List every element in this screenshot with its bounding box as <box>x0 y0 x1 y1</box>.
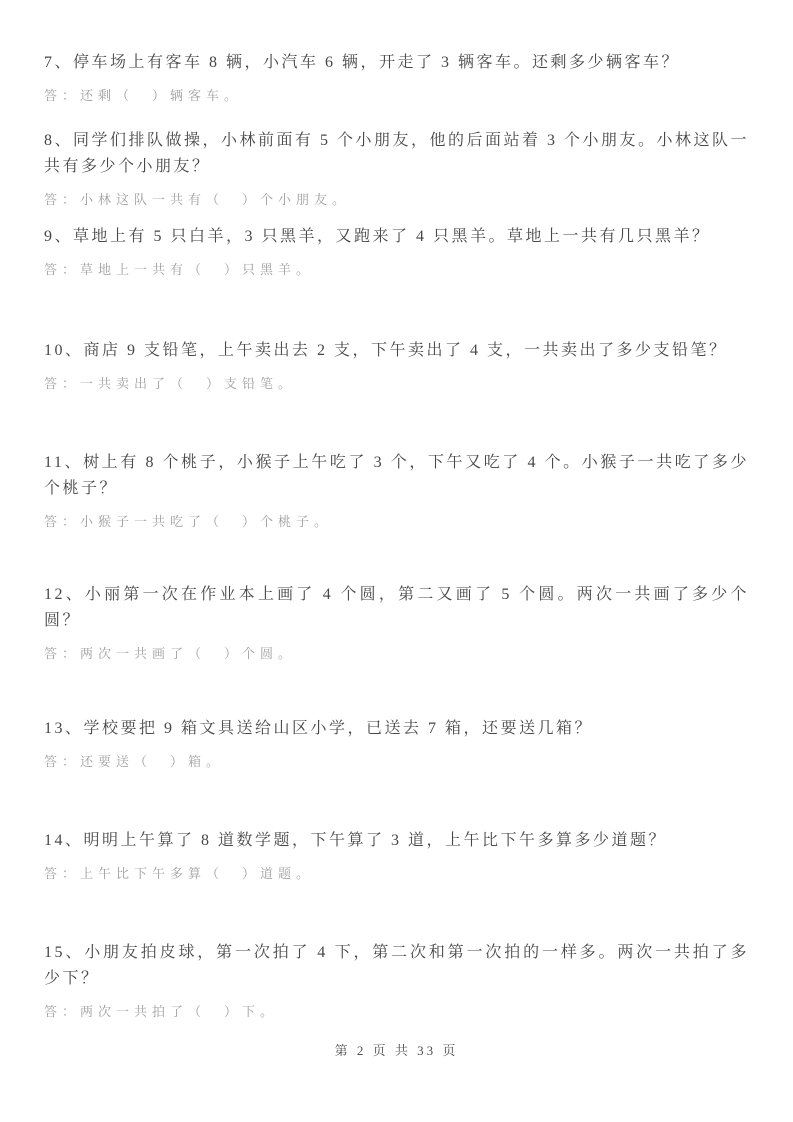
problem-item-8: 8、同学们排队做操，小林前面有 5 个小朋友，他的后面站着 3 个小朋友。小林这… <box>44 128 749 210</box>
problem-question: 9、草地上有 5 只白羊，3 只黑羊，又跑来了 4 只黑羊。草地上一共有几只黑羊… <box>44 224 749 250</box>
problem-question: 8、同学们排队做操，小林前面有 5 个小朋友，他的后面站着 3 个小朋友。小林这… <box>44 128 749 180</box>
page-number-text: 第 2 页 共 33 页 <box>335 1043 459 1058</box>
problem-item-13: 13、学校要把 9 箱文具送给山区小学，已送去 7 箱，还要送几箱？ 答：还要送… <box>44 716 749 772</box>
problem-item-12: 12、小丽第一次在作业本上画了 4 个圆，第二又画了 5 个圆。两次一共画了多少… <box>44 582 749 664</box>
problem-item-11: 11、树上有 8 个桃子，小猴子上午吃了 3 个，下午又吃了 4 个。小猴子一共… <box>44 450 749 532</box>
problem-question: 11、树上有 8 个桃子，小猴子上午吃了 3 个，下午又吃了 4 个。小猴子一共… <box>44 450 749 502</box>
problem-item-7: 7、停车场上有客车 8 辆，小汽车 6 辆，开走了 3 辆客车。还剩多少辆客车？… <box>44 50 749 106</box>
problem-answer-line: 答：两次一共拍了（ ）下。 <box>44 1002 749 1022</box>
problem-answer-line: 答：还要送（ ）箱。 <box>44 752 749 772</box>
problem-question: 15、小朋友拍皮球，第一次拍了 4 下，第二次和第一次拍的一样多。两次一共拍了多… <box>44 940 749 992</box>
worksheet-page: 7、停车场上有客车 8 辆，小汽车 6 辆，开走了 3 辆客车。还剩多少辆客车？… <box>0 0 793 1122</box>
problem-item-10: 10、商店 9 支铅笔，上午卖出去 2 支，下午卖出了 4 支，一共卖出了多少支… <box>44 338 749 394</box>
problem-question: 14、明明上午算了 8 道数学题，下午算了 3 道，上午比下午多算多少道题？ <box>44 828 749 854</box>
problem-question: 12、小丽第一次在作业本上画了 4 个圆，第二又画了 5 个圆。两次一共画了多少… <box>44 582 749 634</box>
problem-item-9: 9、草地上有 5 只白羊，3 只黑羊，又跑来了 4 只黑羊。草地上一共有几只黑羊… <box>44 224 749 280</box>
problem-answer-line: 答：一共卖出了（ ）支铅笔。 <box>44 374 749 394</box>
problem-question: 10、商店 9 支铅笔，上午卖出去 2 支，下午卖出了 4 支，一共卖出了多少支… <box>44 338 749 364</box>
problem-question: 7、停车场上有客车 8 辆，小汽车 6 辆，开走了 3 辆客车。还剩多少辆客车？ <box>44 50 749 76</box>
problem-answer-line: 答：两次一共画了（ ）个圆。 <box>44 644 749 664</box>
problem-answer-line: 答：草地上一共有（ ）只黑羊。 <box>44 260 749 280</box>
problem-item-14: 14、明明上午算了 8 道数学题，下午算了 3 道，上午比下午多算多少道题？ 答… <box>44 828 749 884</box>
problem-answer-line: 答：还剩（ ）辆客车。 <box>44 86 749 106</box>
problem-answer-line: 答：上午比下午多算（ ）道题。 <box>44 864 749 884</box>
problem-question: 13、学校要把 9 箱文具送给山区小学，已送去 7 箱，还要送几箱？ <box>44 716 749 742</box>
problem-answer-line: 答：小猴子一共吃了（ ）个桃子。 <box>44 512 749 532</box>
problem-item-15: 15、小朋友拍皮球，第一次拍了 4 下，第二次和第一次拍的一样多。两次一共拍了多… <box>44 940 749 1022</box>
problem-answer-line: 答：小林这队一共有（ ）个小朋友。 <box>44 190 749 210</box>
page-footer: 第 2 页 共 33 页 <box>0 1040 793 1059</box>
